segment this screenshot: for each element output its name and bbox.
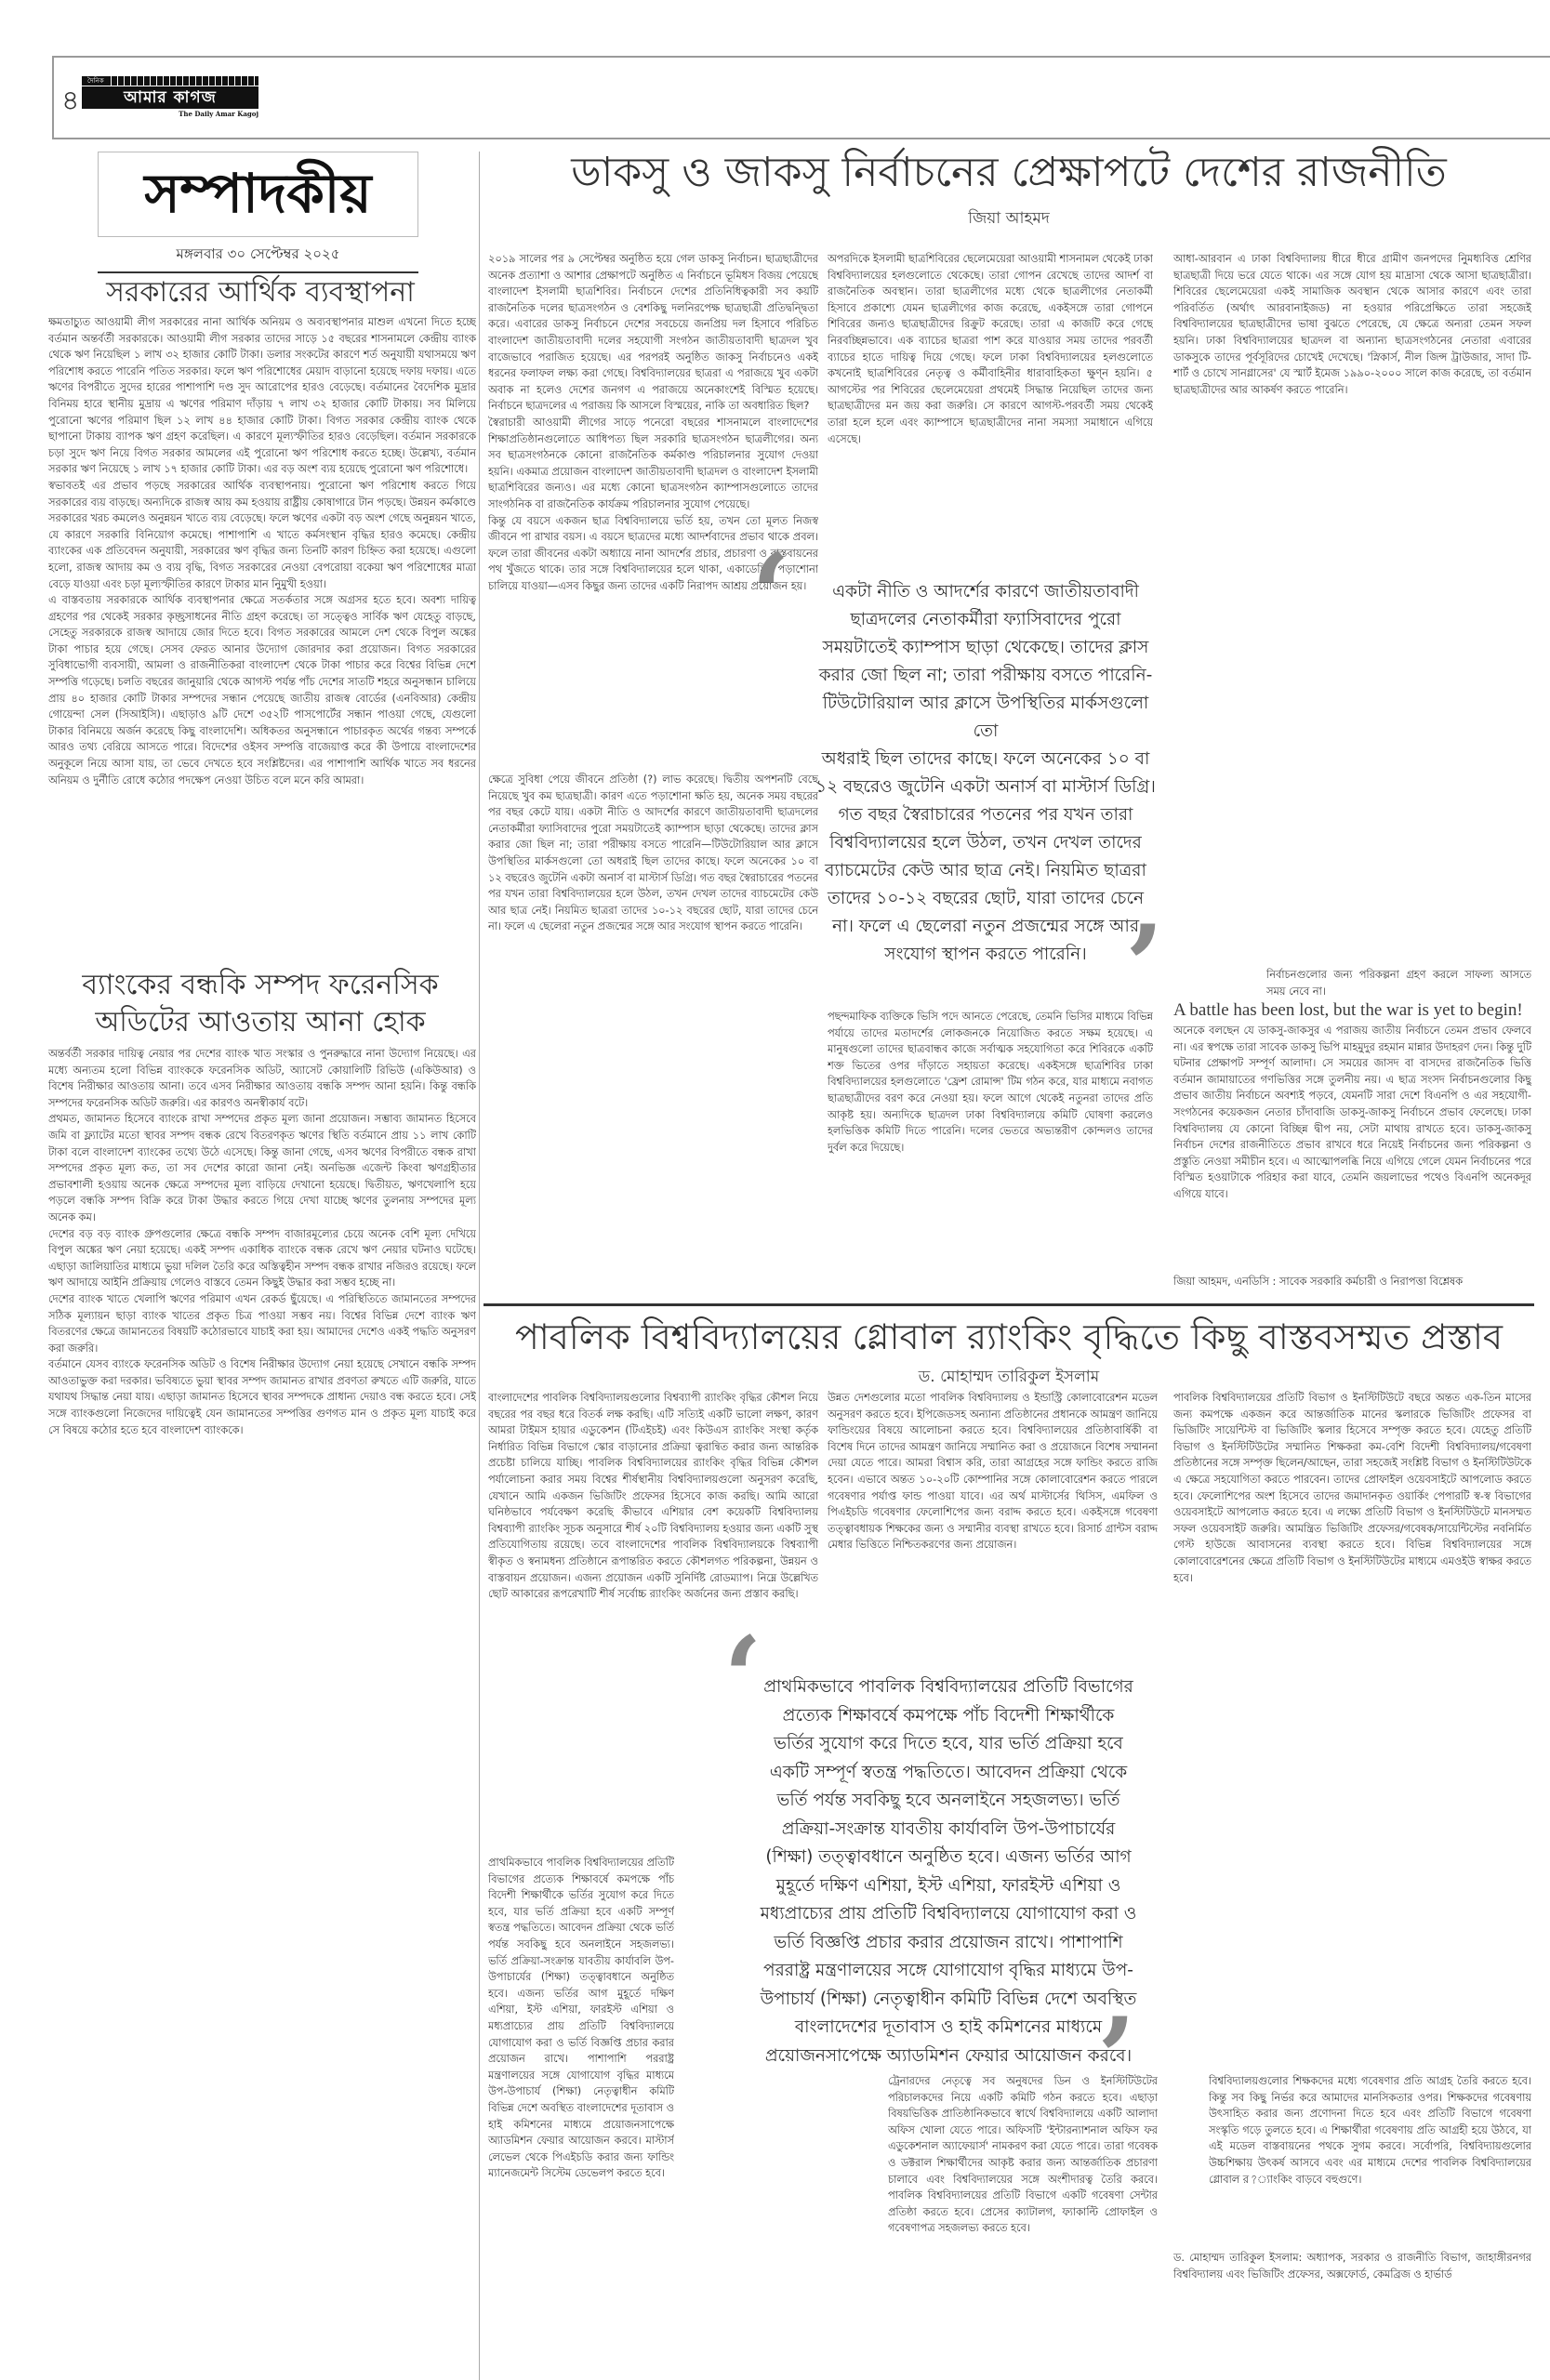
divider <box>98 271 418 273</box>
op-ed-2-column-2: উন্নত দেশগুলোর মতো পাবলিক বিশ্ববিদ্যালয়… <box>828 1390 1158 1604</box>
pullquote-line: সময়টাতেই ক্যাম্পাস ছাড়া থেকেছে। তাদের … <box>809 634 1162 662</box>
editorial-1-body: ক্ষমতাচ্যুত আওয়ামী লীগ সরকারের নানা আর্… <box>48 314 476 965</box>
op-ed-1-byline: জিয়া আহমদ <box>484 206 1534 232</box>
paragraph: দেশের বড় বড় ব্যাংক গ্রুপগুলোর ক্ষেত্রে… <box>48 1226 476 1291</box>
paragraph: ট্রেনারদের নেতৃত্বে সব অনুষদের ডিন ও ইনস… <box>888 2073 1158 2237</box>
op-ed-1-column-2-continued: পছন্দমাফিক ব্যক্তিকে ভিসি পদে আনতে পেরেছ… <box>828 1009 1153 1302</box>
op-ed-2-headline: পাবলিক বিশ্ববিদ্যালয়ের গ্লোবাল র‍্যাংকি… <box>484 1311 1534 1363</box>
paragraph: অপরদিকে ইসলামী ছাত্রশিবিরের ছেলেমেয়েরা … <box>828 251 1153 447</box>
pullquote-line: একটি সম্পূর্ণ স্বতন্ত্র পদ্ধতিতে। আবেদন … <box>735 1759 1162 1788</box>
pullquote-line: টিউটোরিয়াল আর ক্লাসে উপস্থিতির মার্কসগু… <box>809 690 1162 746</box>
op-ed-2-column-3: পাবলিক বিশ্ববিদ্যালয়ের প্রতিটি বিভাগ ও … <box>1173 1390 1531 1911</box>
op-ed-1-column-1-continued: ক্ষেত্রে সুবিধা পেয়ে জীবনে প্রতিষ্ঠা (?… <box>488 772 818 1302</box>
pullquote-line: প্রক্রিয়া-সংক্রান্ত যাবতীয় কার্যাবলি উ… <box>735 1816 1162 1844</box>
pullquote-line: ভর্তি বিজ্ঞপ্তি প্রচার করার প্রয়োজন রাখ… <box>735 1929 1162 1958</box>
editorial-section-box: সম্পাদকীয় <box>98 152 418 237</box>
paragraph: ক্ষেত্রে সুবিধা পেয়ে জীবনে প্রতিষ্ঠা (?… <box>488 772 818 935</box>
pullquote-line: ছাত্রদলের নেতাকর্মীরা ফ্যাসিবাদের পুরো <box>809 606 1162 634</box>
paragraph: পাবলিক বিশ্ববিদ্যালয়ের প্রতিটি বিভাগ ও … <box>1173 1390 1531 1586</box>
section-divider <box>484 1303 1534 1306</box>
op-ed-1-pullquote: একটা নীতি ও আদর্শের কারণে জাতীয়তাবাদী ছ… <box>809 578 1162 969</box>
paragraph: বিশ্ববিদ্যালয়গুলোর শিক্ষকদের মধ্যে গবেষ… <box>1209 2073 1531 2188</box>
pullquote-line: (শিক্ষা) তত্ত্বাবধানে অনুষ্ঠিত হবে। এজন্… <box>735 1844 1162 1872</box>
editorial-2-body: অন্তর্বর্তী সরকার দায়িত্ব নেয়ার পর দেশ… <box>48 1046 476 2268</box>
pullquote-line: প্রাথমিকভাবে পাবলিক বিশ্ববিদ্যালয়ের প্র… <box>735 1673 1162 1702</box>
logo-english: The Daily Amar Kagoj <box>179 110 258 118</box>
op-ed-1-column-1: ২০১৯ সালের পর ৯ সেপ্টেম্বর অনুষ্ঠিত হয়ে… <box>488 251 818 772</box>
op-ed-2-author-note: ড. মোহাম্মদ তারিকুল ইসলাম: অধ্যাপক, সরকা… <box>1173 2250 1531 2306</box>
op-ed-2-column-2-continued: ট্রেনারদের নেতৃত্বে সব অনুষদের ডিন ও ইনস… <box>888 2073 1158 2268</box>
pullquote-line: করার জো ছিল না; তারা পরীক্ষায় বসতে পারে… <box>809 662 1162 690</box>
pullquote-line: তাদের ১০-১২ বছরের ছোট, যারা তাদের চেনে <box>809 885 1162 913</box>
paragraph: স্বভাবতই এর প্রভাব পড়ছে সরকারের আর্থিক … <box>48 478 476 592</box>
paragraph: উন্নত দেশগুলোর মতো পাবলিক বিশ্ববিদ্যালয়… <box>828 1390 1158 1554</box>
op-ed-2-column-1-continued: প্রাথমিকভাবে পাবলিক বিশ্ববিদ্যালয়ের প্র… <box>488 1855 674 2268</box>
editorial-section-title: সম্পাদকীয় <box>99 152 417 234</box>
op-ed-1-column-3-lead: নির্বাচনগুলোর জন্য পরিকল্পনা গ্রহণ করলে … <box>1266 967 1531 1000</box>
pullquote-line: প্রত্যেক শিক্ষাবর্ষে কমপক্ষে পাঁচ বিদেশী… <box>735 1702 1162 1731</box>
paragraph: অন্তর্বর্তী সরকার দায়িত্ব নেয়ার পর দেশ… <box>48 1046 476 1111</box>
logo-name: আমার কাগজ <box>82 86 258 109</box>
pullquote-line: মুহূর্তে দক্ষিণ এশিয়া, ইস্ট এশিয়া, ফার… <box>735 1872 1162 1901</box>
op-ed-1-column-2: অপরদিকে ইসলামী ছাত্রশিবিরের ছেলেমেয়েরা … <box>828 251 1153 530</box>
pullquote-line: ব্যাচমেটের কেউ আর ছাত্র নেই। নিয়মিত ছাত… <box>809 857 1162 885</box>
logo-dainik: দৈনিক <box>82 76 110 86</box>
pullquote-line: পররাষ্ট্র মন্ত্রণালয়ের সঙ্গে যোগাযোগ বৃ… <box>735 1957 1162 1986</box>
op-ed-2-column-3-continued: বিশ্ববিদ্যালয়গুলোর শিক্ষকদের মধ্যে গবেষ… <box>1209 2073 1531 2250</box>
paragraph: ২০১৯ সালের পর ৯ সেপ্টেম্বর অনুষ্ঠিত হয়ে… <box>488 251 818 415</box>
paragraph: প্রথমত, জামানত হিসেবে ব্যাংকে রাখা সম্পদ… <box>48 1111 476 1225</box>
pullquote-line: অধরাই ছিল তাদের কাছে। ফলে অনেকের ১০ বা <box>809 746 1162 773</box>
paragraph: এ বাস্তবতায় সরকারকে আর্থিক ব্যবস্থাপনার… <box>48 592 476 788</box>
paragraph: নির্বাচনগুলোর জন্য পরিকল্পনা গ্রহণ করলে … <box>1266 967 1531 999</box>
paragraph: ক্ষমতাচ্যুত আওয়ামী লীগ সরকারের নানা আর্… <box>48 314 476 478</box>
column-divider <box>479 152 480 2380</box>
op-ed-1-column-3: আধা-আরবান এ ঢাকা বিশ্ববিদ্যালয় ধীরে ধীর… <box>1173 251 1531 967</box>
paragraph: বাংলাদেশের পাবলিক বিশ্ববিদ্যালয়গুলোর বি… <box>488 1390 818 1603</box>
pullquote-line: ভর্তি পর্যন্ত সবকিছু হবে অনলাইনে সহজলভ্য… <box>735 1787 1162 1816</box>
paragraph: স্বৈরাচারী আওয়ামী লীগের সাড়ে পনেরো বছর… <box>488 415 818 513</box>
newspaper-logo: দৈনিক আমার কাগজ The Daily Amar Kagoj <box>82 76 258 119</box>
pullquote-line: ভর্তির সুযোগ করে দিতে হবে, যার ভর্তি প্র… <box>735 1730 1162 1759</box>
editorial-2-headline-line2: অডিটের আওতায় আনা হোক <box>37 1004 484 1041</box>
op-ed-1-english-quote: A battle has been lost, but the war is y… <box>1173 1000 1531 1023</box>
op-ed-2-byline: ড. মোহাম্মদ তারিকুল ইসলাম <box>484 1365 1534 1391</box>
pullquote-line: না। ফলে এ ছেলেরা নতুন প্রজন্মের সঙ্গে আর <box>809 913 1162 941</box>
editorial-2-headline-line1: ব্যাংকের বন্ধকি সম্পদ ফরেনসিক <box>37 967 484 1004</box>
pullquote-line: মধ্যপ্রাচ্যের প্রায় প্রতিটি বিশ্ববিদ্যা… <box>735 1900 1162 1929</box>
pullquote-line: সংযোগ স্থাপন করতে পারেনি। <box>809 941 1162 969</box>
paragraph: বর্তমানে যেসব ব্যাংকে ফরেনসিক অডিট ও বিশ… <box>48 1356 476 1438</box>
op-ed-1-column-3-continued: অনেকে বলছেন যে ডাকসু-জাকসুর এ পরাজয় জাত… <box>1173 1023 1531 1274</box>
editorial-1-headline: সরকারের আর্থিক ব্যবস্থাপনা <box>37 274 484 311</box>
editorial-date: মঙ্গলবার ৩০ সেপ্টেম্বর ২০২৫ <box>98 244 418 267</box>
op-ed-1-author-note: জিয়া আহমদ, এনডিসি : সাবেক সরকারি কর্মচা… <box>1173 1274 1531 1307</box>
paragraph: প্রাথমিকভাবে পাবলিক বিশ্ববিদ্যালয়ের প্র… <box>488 1855 674 2182</box>
pullquote-line: ১২ বছরেও জুটেনি একটা অনার্স বা মাস্টার্স… <box>809 773 1162 801</box>
pullquote-line: গত বছর স্বৈরাচারের পতনের পর যখন তারা <box>809 801 1162 829</box>
open-quote-icon: ‘ <box>751 539 790 651</box>
masthead: ৪ দৈনিক আমার কাগজ The Daily Amar Kagoj <box>52 56 1550 139</box>
paragraph: দেশের ব্যাংক খাতে খেলাপি ঋণের পরিমাণ এখন… <box>48 1291 476 1356</box>
paragraph: পছন্দমাফিক ব্যক্তিকে ভিসি পদে আনতে পেরেছ… <box>828 1009 1153 1156</box>
pullquote-line: একটা নীতি ও আদর্শের কারণে জাতীয়তাবাদী <box>809 578 1162 606</box>
close-quote-icon: ’ <box>1125 911 1164 1023</box>
op-ed-1-headline: ডাকসু ও জাকসু নির্বাচনের প্রেক্ষাপটে দেশ… <box>484 144 1534 202</box>
paragraph: অনেকে বলছেন যে ডাকসু-জাকসুর এ পরাজয় জাত… <box>1173 1023 1531 1203</box>
pullquote-line: বিশ্ববিদ্যালয়ের হলে উঠল, তখন দেখল তাদের <box>809 829 1162 857</box>
paragraph: আধা-আরবান এ ঢাকা বিশ্ববিদ্যালয় ধীরে ধীর… <box>1173 251 1531 398</box>
page-number: ৪ <box>61 78 79 126</box>
